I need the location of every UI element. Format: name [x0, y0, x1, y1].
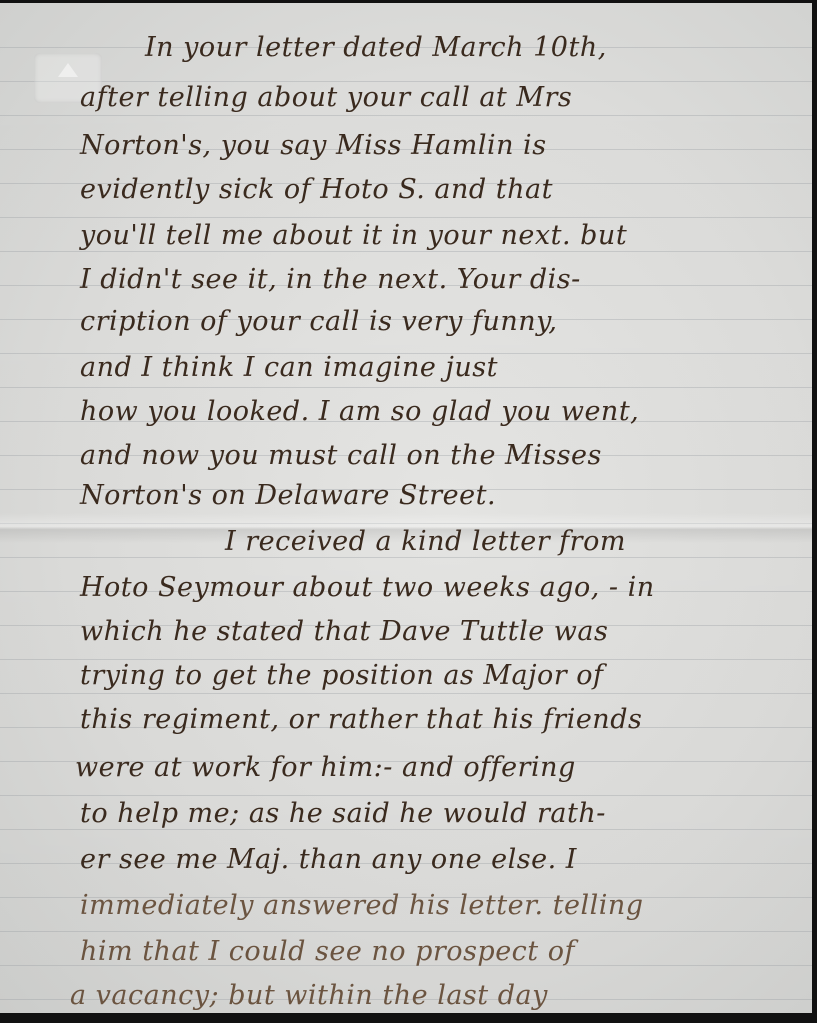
text-line: I didn't see it, in the next. Your dis- — [80, 263, 581, 297]
text-line: immediately answered his letter. telling — [80, 889, 644, 923]
text-line: er see me Maj. than any one else. I — [80, 843, 577, 877]
text-line: trying to get the position as Major of — [80, 659, 603, 693]
text-line: Norton's on Delaware Street. — [80, 479, 496, 513]
text-line: and now you must call on the Misses — [80, 439, 602, 473]
text-line: this regiment, or rather that his friend… — [80, 703, 642, 737]
text-line: Norton's, you say Miss Hamlin is — [80, 129, 547, 163]
text-line: which he stated that Dave Tuttle was — [80, 615, 608, 649]
text-line: Hoto Seymour about two weeks ago, - in — [80, 571, 655, 605]
text-line: evidently sick of Hoto S. and that — [80, 173, 553, 207]
text-line: I received a kind letter from — [225, 525, 626, 559]
text-line: after telling about your call at Mrs — [80, 81, 572, 115]
text-line: him that I could see no prospect of — [80, 935, 575, 969]
text-line: you'll tell me about it in your next. bu… — [80, 219, 627, 253]
text-line: to help me; as he said he would rath- — [80, 797, 606, 831]
text-line: and I think I can imagine just — [80, 351, 498, 385]
text-line: In your letter dated March 10th, — [145, 31, 607, 65]
text-line: cription of your call is very funny, — [80, 305, 557, 339]
text-line: were at work for him:- and offering — [75, 751, 576, 785]
text-line: a vacancy; but within the last day — [70, 979, 548, 1013]
letter-page: In your letter dated March 10th, after t… — [0, 3, 812, 1013]
text-line: how you looked. I am so glad you went, — [80, 395, 639, 429]
